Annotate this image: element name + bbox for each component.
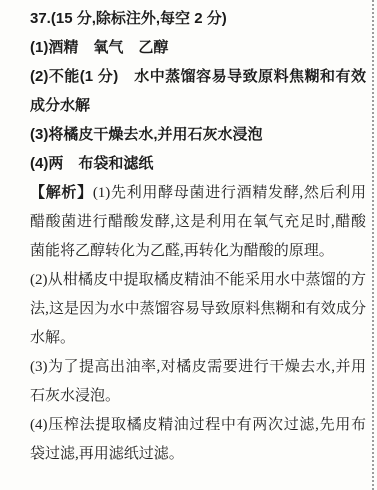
analysis-paragraph-3: (3)为了提高出油率,对橘皮需要进行干燥去水,并用石灰水浸泡。 [30, 353, 366, 411]
answer-key-page: 37.(15 分,除标注外,每空 2 分) (1)酒精 氧气 乙醇 (2)不能(… [0, 0, 377, 490]
analysis-paragraph-2: (2)从柑橘皮中提取橘皮精油不能采用水中蒸馏的方法,这是因为水中蒸馏容易导致原料… [30, 266, 366, 353]
answer-line-1: (1)酒精 氧气 乙醇 [30, 33, 366, 62]
question-37-block: 37.(15 分,除标注外,每空 2 分) (1)酒精 氧气 乙醇 (2)不能(… [0, 0, 377, 469]
analysis-label: 【解析】 [30, 184, 93, 201]
question-score-note: (15 分,除标注外,每空 2 分) [51, 10, 227, 27]
analysis-paragraph-1: 【解析】(1)先利用酵母菌进行酒精发酵,然后利用醋酸菌进行醋酸发酵,这是利用在氧… [30, 178, 366, 266]
question-number: 37. [30, 10, 51, 27]
answer-line-4: (4)两 布袋和滤纸 [30, 149, 366, 178]
page-edge-dotted-divider [372, 0, 374, 490]
answer-line-3: (3)将橘皮干燥去水,并用石灰水浸泡 [30, 120, 366, 149]
question-header-line: 37.(15 分,除标注外,每空 2 分) [30, 4, 366, 33]
answer-line-2: (2)不能(1 分) 水中蒸馏容易导致原料焦糊和有效成分水解 [30, 62, 366, 120]
analysis-paragraph-4: (4)压榨法提取橘皮精油过程中有两次过滤,先用布袋过滤,再用滤纸过滤。 [30, 411, 366, 469]
